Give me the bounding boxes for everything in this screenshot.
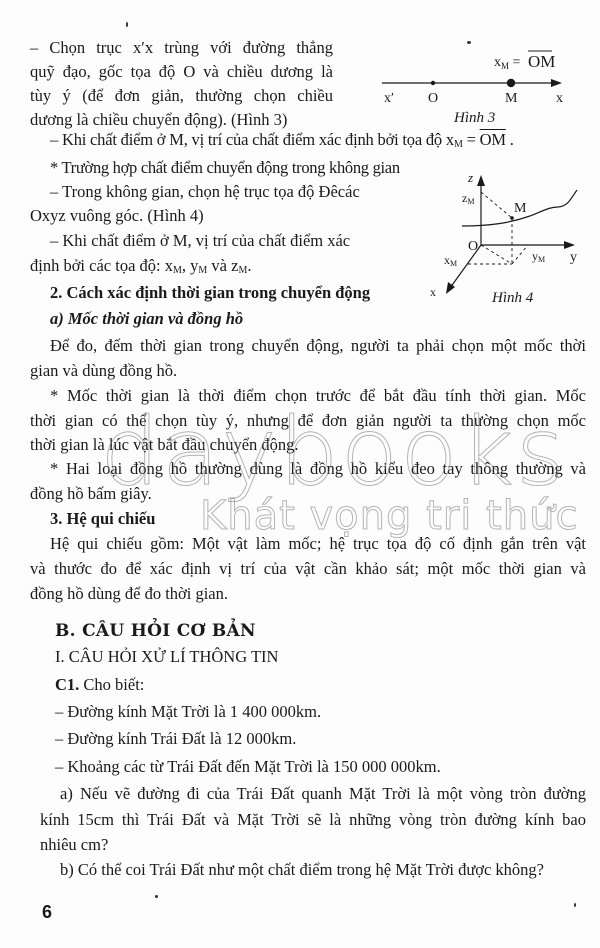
- section2-line-7: đồng hồ bấm giây.: [30, 484, 152, 504]
- para1-line3: tùy ý (để đơn giản, thường chọn chiều: [30, 86, 333, 106]
- space-line-1: – Trong không gian, chọn hệ trục tọa độ …: [50, 182, 360, 202]
- section2-line-5: thời gian là lúc vật bắt đầu chuyển động…: [30, 435, 299, 455]
- fig3-caption: Hình 3: [453, 110, 495, 126]
- question-a-line-1: a) Nếu vẽ đường đi của Trái Đất quanh Mặ…: [60, 784, 586, 804]
- fig3-point-m: M: [505, 91, 518, 106]
- sectionB-subheading: I. CÂU HỎI XỬ LÍ THÔNG TIN: [55, 647, 278, 667]
- section2-subheading: a) Mốc thời gian và đồng hồ: [50, 309, 243, 329]
- c1-line: C1. Cho biết:: [55, 675, 144, 695]
- fig4-xm-label: xM: [444, 253, 457, 268]
- sectionB-heading: B. CÂU HỎI CƠ BẢN: [55, 621, 256, 641]
- fig3-eq-x: xM =: [494, 55, 521, 71]
- fig3-origin: O: [428, 91, 438, 106]
- scan-speck: [126, 22, 128, 27]
- section2-line-3: * Mốc thời gian là thời điểm chọn trước …: [50, 386, 586, 406]
- scan-speck: [155, 895, 158, 898]
- fig4-caption: Hình 4: [491, 290, 534, 306]
- section3-line-1: Hệ qui chiếu gồm: Một vật làm mốc; hệ tr…: [50, 534, 586, 554]
- watermark-slogan: Khát vọng tri thức: [200, 493, 578, 539]
- fact-3: – Khoảng các từ Trái Đất đến Mặt Trời là…: [55, 757, 441, 777]
- textbook-page: – Chọn trục x′x trùng với đường thẳng qu…: [0, 0, 600, 948]
- fig4-zm-label: zM: [462, 191, 474, 206]
- fig4-m-label: M: [514, 201, 527, 216]
- question-a-line-2: kính 15cm thì Trái Đất và Mặt Trời sẽ là…: [40, 810, 586, 830]
- fig4-y-label: y: [570, 250, 577, 265]
- fig4-ym-label: yM: [532, 249, 545, 264]
- section2-heading: 2. Cách xác định thời gian trong chuyển …: [50, 283, 370, 303]
- section3-heading: 3. Hệ qui chiếu: [50, 509, 155, 529]
- scan-speck: [467, 41, 471, 44]
- fig4-origin-label: O: [468, 239, 478, 254]
- coords-line: định bởi các tọa độ: xM, yM và zM.: [30, 256, 251, 276]
- para1-line4: dương là chiều chuyển động). (Hình 3): [30, 110, 287, 130]
- question-a-line-3: nhiêu cm?: [40, 835, 108, 855]
- fact-2: – Đường kính Trái Đất là 12 000km.: [55, 729, 296, 749]
- scan-speck: [574, 903, 576, 907]
- fig3-eq-vec: OM: [528, 52, 555, 71]
- section2-line-4: thời gian có thể chọn tùy ý, nhưng để đơ…: [30, 411, 586, 431]
- space-line-3: – Khi chất điểm ở M, vị trí của chất điể…: [50, 231, 350, 251]
- section2-line-1: Để đo, đếm thời gian trong chuyển động, …: [50, 336, 586, 356]
- fig3-xprime: x′: [384, 91, 394, 106]
- section2-line-6: * Hai loại đồng hồ thường dùng là đồng h…: [50, 459, 586, 479]
- fig4-x-label: x: [430, 285, 436, 299]
- section3-line-3: đồng hồ dùng để đo thời gian.: [30, 584, 228, 604]
- question-b: b) Có thể coi Trái Đất như một chất điểm…: [60, 860, 544, 880]
- section2-line-2: gian và dùng đồng hồ.: [30, 361, 177, 381]
- fact-1: – Đường kính Mặt Trời là 1 400 000km.: [55, 702, 321, 722]
- figure-4-3d-axes-diagram: z zM M O yM y xM x Hình 4: [420, 160, 600, 310]
- para1-line1: – Chọn trục x′x trùng với đường thẳng: [30, 38, 333, 58]
- space-case-line: * Trường hợp chất điểm chuyển động trong…: [50, 158, 400, 178]
- section3-line-2: và thước đo để xác định vị trí của vật c…: [30, 559, 586, 579]
- fig3-x: x: [556, 91, 563, 106]
- para1-line2: quỹ đạo, gốc tọa độ O và chiều dương là: [30, 62, 333, 82]
- space-line-2: Oxyz vuông góc. (Hình 4): [30, 206, 204, 226]
- figure-3-axis-diagram: xM = OM x′ O M x Hình 3: [370, 40, 580, 130]
- page-number: 6: [42, 902, 52, 923]
- fig4-z-label: z: [467, 170, 473, 185]
- position-definition-line: – Khi chất điểm ở M, vị trí của chất điể…: [50, 130, 514, 150]
